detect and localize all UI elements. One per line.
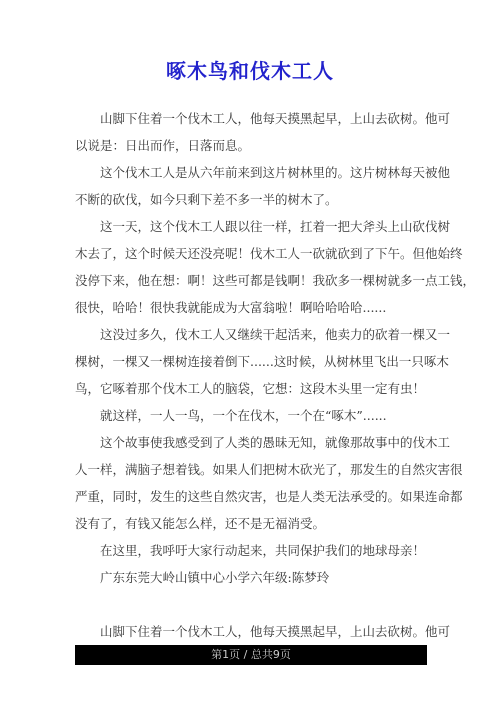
text-line: 就这样，一人一鸟，一个在伐木，一个在“啄木”...... xyxy=(75,402,475,429)
text-line: 不断的砍伐，如今只剩下差不多一半的树木了。 xyxy=(75,186,475,213)
text-line: 很快，哈哈！很快我就能成为大富翁啦！啊哈哈哈哈...... xyxy=(75,294,475,321)
text-line: 山脚下住着一个伐木工人，他每天摸黑起早，上山去砍树。他可 xyxy=(75,105,475,132)
document-title: 啄木鸟和伐木工人 xyxy=(0,55,500,84)
text-line: 鸟，它啄着那个伐木工人的脑袋，它想：这段木头里一定有虫！ xyxy=(75,375,475,402)
document-page: 啄木鸟和伐木工人 山脚下住着一个伐木工人，他每天摸黑起早，上山去砍树。他可以说是… xyxy=(0,0,500,707)
text-line: 严重，同时，发生的这些自然灾害，也是人类无法承受的。如果连命都 xyxy=(75,483,475,510)
text-line: 这个故事使我感受到了人类的愚昧无知，就像那故事中的伐木工 xyxy=(75,429,475,456)
document-body: 山脚下住着一个伐木工人，他每天摸黑起早，上山去砍树。他可以说是：日出而作，日落而… xyxy=(75,105,475,591)
text-line: 木去了，这个时候天还没亮呢！伐木工人一砍就砍到了下午。但他始终 xyxy=(75,240,475,267)
text-line: 在这里，我呼吁大家行动起来，共同保护我们的地球母亲！ xyxy=(75,537,475,564)
text-line: 这个伐木工人是从六年前来到这片树林里的。这片树林每天被他 xyxy=(75,159,475,186)
page-number-bar: 第1页 / 总共9页 xyxy=(75,645,427,665)
page-number-text: 第1页 / 总共9页 xyxy=(75,645,427,665)
text-line: 这没过多久，伐木工人又继续干起活来，他卖力的砍着一棵又一 xyxy=(75,321,475,348)
text-line: 人一样，满脑子想着钱。如果人们把树木砍光了，那发生的自然灾害很 xyxy=(75,456,475,483)
text-line: 棵树，一棵又一棵树连接着倒下......这时候，从树林里飞出一只啄木 xyxy=(75,348,475,375)
text-line: 以说是：日出而作，日落而息。 xyxy=(75,132,475,159)
text-line: 没停下来，他在想：啊！这些可都是钱啊！我砍多一棵树就多一点工钱， xyxy=(75,267,475,294)
text-line: 这一天，这个伐木工人跟以往一样，扛着一把大斧头上山砍伐树 xyxy=(75,213,475,240)
next-page-preview-line: 山脚下住着一个伐木工人，他每天摸黑起早，上山去砍树。他可 xyxy=(75,618,475,645)
text-line: 广东东莞大岭山镇中心小学六年级:陈梦玲 xyxy=(75,564,475,591)
text-line: 没有了，有钱又能怎么样，还不是无福消受。 xyxy=(75,510,475,537)
